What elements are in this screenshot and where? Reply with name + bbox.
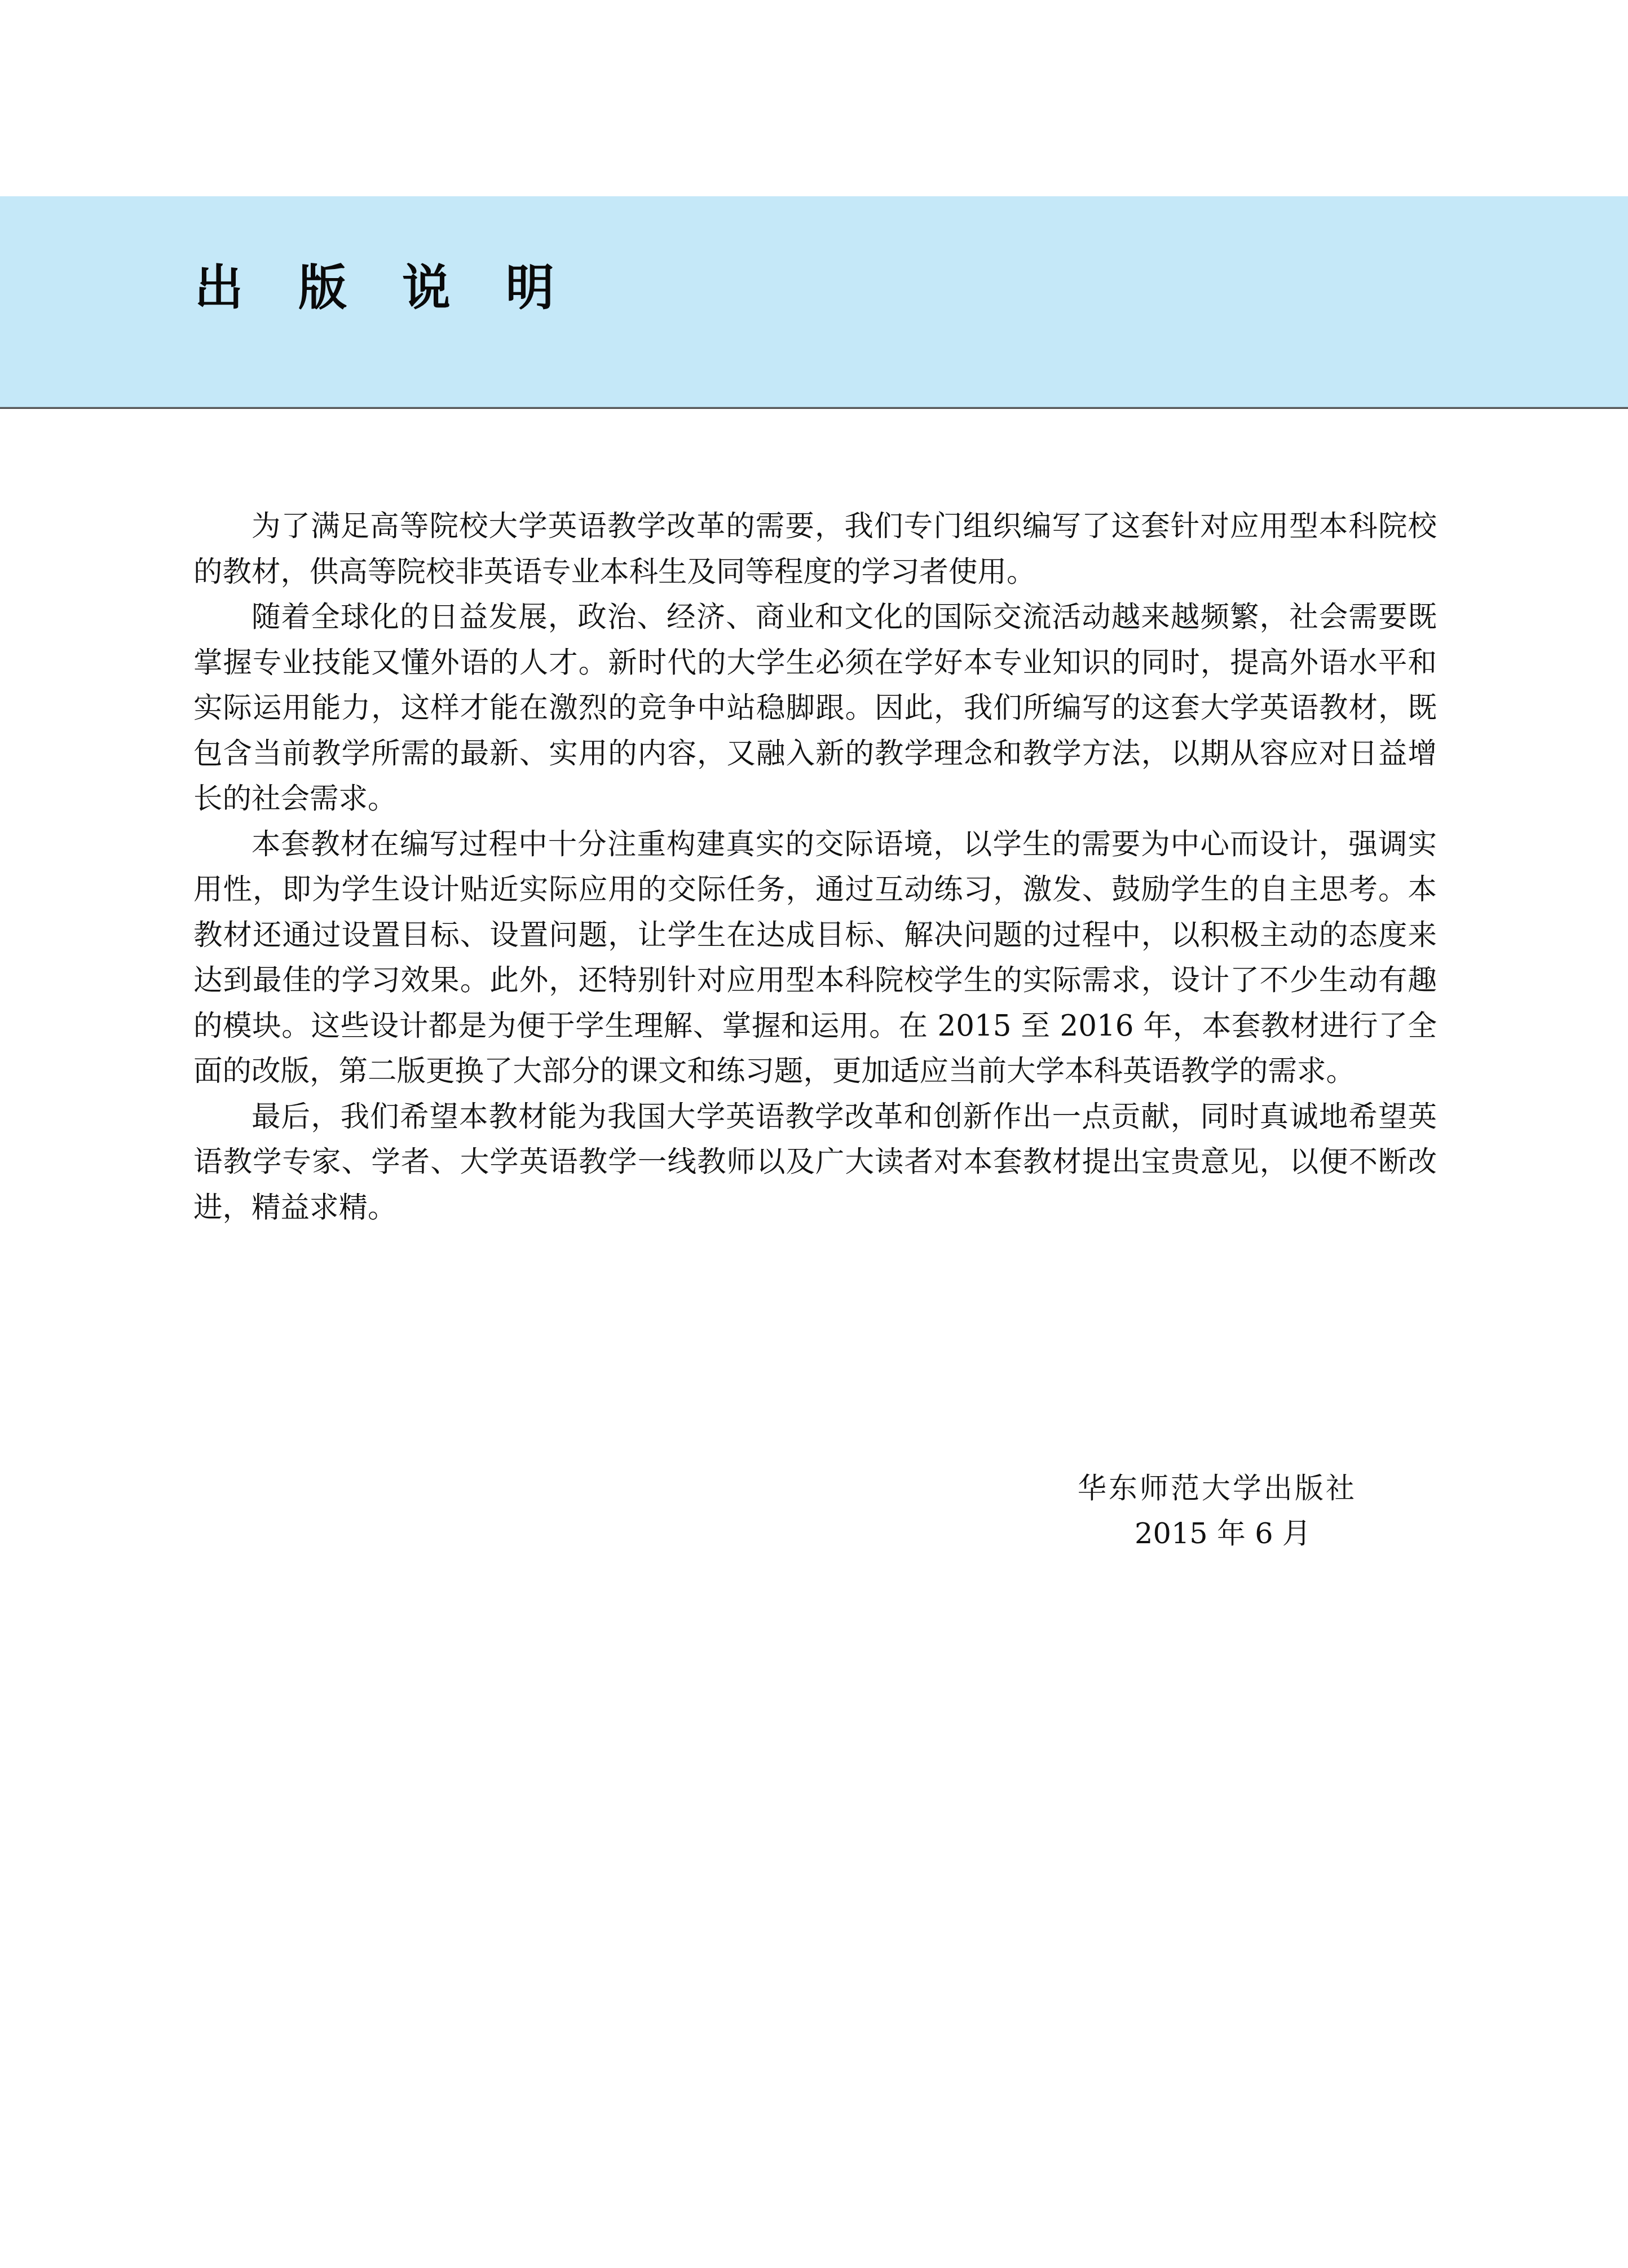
paragraph-1: 为了满足高等院校大学英语教学改革的需要，我们专门组织编写了这套针对应用型本科院校… (193, 504, 1437, 594)
publication-date: 2015 年 6 月 (1049, 1512, 1387, 1557)
page-title: 出 版 说 明 (195, 257, 573, 319)
publisher-name: 华东师范大学出版社 (1049, 1467, 1387, 1512)
paragraph-2: 随着全球化的日益发展，政治、经济、商业和文化的国际交流活动越来越频繁，社会需要既… (193, 594, 1437, 822)
paragraph-4: 最后，我们希望本教材能为我国大学英语教学改革和创新作出一点贡献，同时真诚地希望英… (193, 1094, 1437, 1231)
preface-body: 为了满足高等院校大学英语教学改革的需要，我们专门组织编写了这套针对应用型本科院校… (193, 504, 1437, 1230)
signature-block: 华东师范大学出版社 2015 年 6 月 (1049, 1467, 1387, 1557)
title-banner: 出 版 说 明 (0, 196, 1628, 409)
paragraph-3: 本套教材在编写过程中十分注重构建真实的交际语境，以学生的需要为中心而设计，强调实… (193, 822, 1437, 1094)
